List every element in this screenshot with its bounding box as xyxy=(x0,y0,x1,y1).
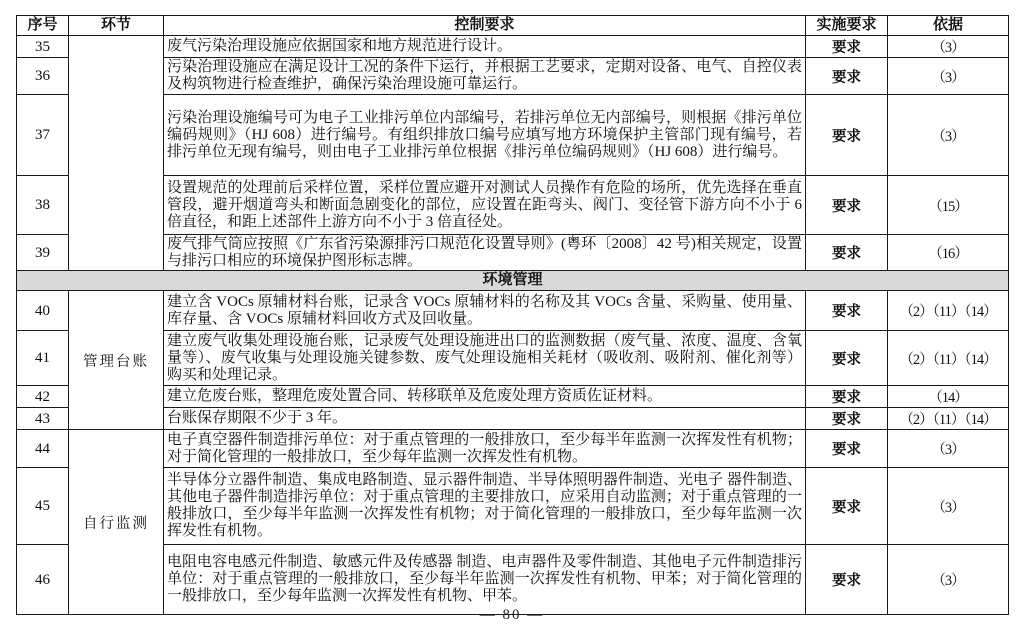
control-requirement-cell: 建立废气收集处理设施台账，记录废气处理设施进出口的监测数据（废气量、浓度、温度、… xyxy=(164,331,806,386)
basis-cell: （14） xyxy=(888,386,1009,408)
requirements-table-body: 35废气污染治理设施应依据国家和地方规范进行设计。要求（3）36污染治理设施应在… xyxy=(17,36,1009,615)
stage-cell: 自行监测 xyxy=(69,430,164,615)
control-requirement-cell: 台账保存期限不少于 3 年。 xyxy=(164,408,806,430)
table-row-38: 38设置规范的处理前后采样位置，采样位置应避开对测试人员操作有危险的场所，优先选… xyxy=(17,176,1009,235)
table-row-37: 37污染治理设施编号可为电子工业排污单位内部编号，若排污单位无内部编号，则根据《… xyxy=(17,95,1009,176)
control-requirement-cell: 污染治理设施应在满足设计工况的条件下运行，并根据工艺要求，定期对设备、电气、自控… xyxy=(164,58,806,95)
implementation-requirement-cell: 要求 xyxy=(806,430,888,468)
basis-cell: （3） xyxy=(888,430,1009,468)
stage-cell xyxy=(69,36,164,271)
column-header-5: 依据 xyxy=(888,16,1009,36)
implementation-requirement-cell: 要求 xyxy=(806,36,888,58)
row-number-cell: 46 xyxy=(17,545,69,615)
basis-cell: （3） xyxy=(888,545,1009,615)
row-number-cell: 43 xyxy=(17,408,69,430)
implementation-requirement-cell: 要求 xyxy=(806,408,888,430)
control-requirement-cell: 废气污染治理设施应依据国家和地方规范进行设计。 xyxy=(164,36,806,58)
implementation-requirement-cell: 要求 xyxy=(806,386,888,408)
implementation-requirement-cell: 要求 xyxy=(806,58,888,95)
table-row-42: 42建立危废台账，整理危废处置合同、转移联单及危废处理方资质佐证材料。要求（14… xyxy=(17,386,1009,408)
control-requirement-cell: 建立含 VOCs 原辅材料台账，记录含 VOCs 原辅材料的名称及其 VOCs … xyxy=(164,291,806,331)
table-row-46: 46电阻电容电感元件制造、敏感元件及传感器 制造、电声器件及零件制造、其他电子元… xyxy=(17,545,1009,615)
section-header-row: 环境管理 xyxy=(17,271,1009,291)
control-requirement-cell: 污染治理设施编号可为电子工业排污单位内部编号，若排污单位无内部编号，则根据《排污… xyxy=(164,95,806,176)
table-header: 序号环节控制要求实施要求依据 xyxy=(17,16,1009,36)
row-number-cell: 35 xyxy=(17,36,69,58)
column-header-1: 序号 xyxy=(17,16,69,36)
table-row-44: 44自行监测电子真空器件制造排污单位：对于重点管理的一般排放口，至少每半年监测一… xyxy=(17,430,1009,468)
control-requirement-cell: 电子真空器件制造排污单位：对于重点管理的一般排放口，至少每半年监测一次挥发性有机… xyxy=(164,430,806,468)
row-number-cell: 45 xyxy=(17,468,69,545)
implementation-requirement-cell: 要求 xyxy=(806,235,888,271)
row-number-cell: 40 xyxy=(17,291,69,331)
implementation-requirement-cell: 要求 xyxy=(806,95,888,176)
implementation-requirement-cell: 要求 xyxy=(806,176,888,235)
stage-cell: 管理台账 xyxy=(69,291,164,430)
requirements-table: 序号环节控制要求实施要求依据 35废气污染治理设施应依据国家和地方规范进行设计。… xyxy=(16,15,1009,615)
table-row-45: 45半导体分立器件制造、集成电路制造、显示器件制造、半导体照明器件制造、光电子 … xyxy=(17,468,1009,545)
table-row-40: 40管理台账建立含 VOCs 原辅材料台账，记录含 VOCs 原辅材料的名称及其… xyxy=(17,291,1009,331)
basis-cell: （16） xyxy=(888,235,1009,271)
row-number-cell: 36 xyxy=(17,58,69,95)
row-number-cell: 37 xyxy=(17,95,69,176)
row-number-cell: 41 xyxy=(17,331,69,386)
implementation-requirement-cell: 要求 xyxy=(806,468,888,545)
basis-cell: （15） xyxy=(888,176,1009,235)
row-number-cell: 38 xyxy=(17,176,69,235)
basis-cell: （2）（11）（14） xyxy=(888,331,1009,386)
implementation-requirement-cell: 要求 xyxy=(806,291,888,331)
basis-cell: （2）（11）（14） xyxy=(888,291,1009,331)
basis-cell: （2）（11）（14） xyxy=(888,408,1009,430)
basis-cell: （3） xyxy=(888,468,1009,545)
row-number-cell: 44 xyxy=(17,430,69,468)
implementation-requirement-cell: 要求 xyxy=(806,545,888,615)
control-requirement-cell: 电阻电容电感元件制造、敏感元件及传感器 制造、电声器件及零件制造、其他电子元件制… xyxy=(164,545,806,615)
table-row-43: 43台账保存期限不少于 3 年。要求（2）（11）（14） xyxy=(17,408,1009,430)
control-requirement-cell: 半导体分立器件制造、集成电路制造、显示器件制造、半导体照明器件制造、光电子 器件… xyxy=(164,468,806,545)
control-requirement-cell: 废气排气筒应按照《广东省污染源排污口规范化设置导则》(粤环〔2008〕42 号)… xyxy=(164,235,806,271)
document-page: 序号环节控制要求实施要求依据 35废气污染治理设施应依据国家和地方规范进行设计。… xyxy=(0,0,1017,625)
row-number-cell: 39 xyxy=(17,235,69,271)
table-row-35: 35废气污染治理设施应依据国家和地方规范进行设计。要求（3） xyxy=(17,36,1009,58)
header-row: 序号环节控制要求实施要求依据 xyxy=(17,16,1009,36)
implementation-requirement-cell: 要求 xyxy=(806,331,888,386)
column-header-3: 控制要求 xyxy=(164,16,806,36)
control-requirement-cell: 建立危废台账，整理危废处置合同、转移联单及危废处理方资质佐证材料。 xyxy=(164,386,806,408)
basis-cell: （3） xyxy=(888,58,1009,95)
page-number: — 80 — xyxy=(16,607,1008,624)
table-row-36: 36污染治理设施应在满足设计工况的条件下运行，并根据工艺要求，定期对设备、电气、… xyxy=(17,58,1009,95)
row-number-cell: 42 xyxy=(17,386,69,408)
section-title: 环境管理 xyxy=(17,271,1009,291)
table-row-41: 41建立废气收集处理设施台账，记录废气处理设施进出口的监测数据（废气量、浓度、温… xyxy=(17,331,1009,386)
table-row-39: 39废气排气筒应按照《广东省污染源排污口规范化设置导则》(粤环〔2008〕42 … xyxy=(17,235,1009,271)
column-header-4: 实施要求 xyxy=(806,16,888,36)
control-requirement-cell: 设置规范的处理前后采样位置，采样位置应避开对测试人员操作有危险的场所，优先选择在… xyxy=(164,176,806,235)
basis-cell: （3） xyxy=(888,36,1009,58)
basis-cell: （3） xyxy=(888,95,1009,176)
column-header-2: 环节 xyxy=(69,16,164,36)
